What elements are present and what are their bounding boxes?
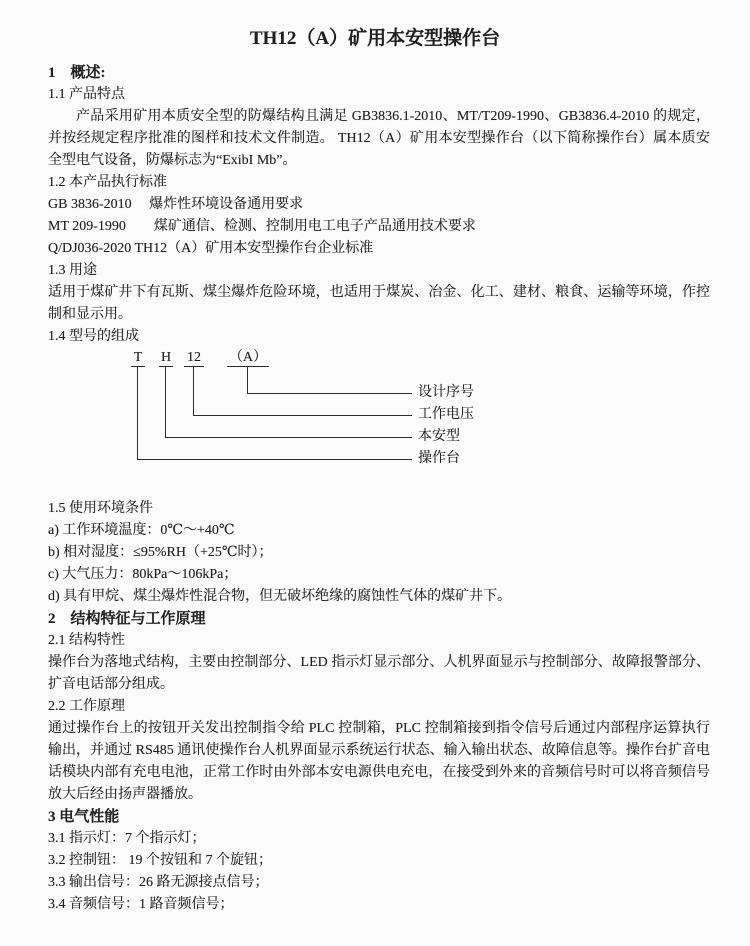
electrical-item-controls: 3.2 控制钮： 19 个按钮和 7 个旋钮； [48, 850, 710, 872]
paragraph-structure: 操作台为落地式结构，主要由控制部分、LED 指示灯显示部分、人机界面显示与控制部… [48, 652, 710, 696]
model-connector-vline-t [137, 366, 138, 459]
model-part-t-label: T [131, 350, 145, 367]
model-label-design-serial: 设计序号 [418, 385, 474, 401]
model-connector-vline-12 [193, 366, 194, 415]
electrical-item-indicators: 3.1 指示灯：7 个指示灯； [48, 828, 710, 850]
document-page: TH12（A）矿用本安型操作台 1 概述: 1.1 产品特点 产品采用矿用本质安… [0, 0, 750, 946]
section-1-heading: 1 概述: [48, 62, 710, 84]
env-item-atmosphere: d) 具有甲烷、煤尘爆炸性混合物，但无破坏绝缘的腐蚀性气体的煤矿井下。 [48, 586, 710, 608]
electrical-item-audio: 3.4 音频信号：1 路音频信号； [48, 894, 710, 916]
model-connector-hline-voltage [193, 415, 412, 416]
model-label-working-voltage: 工作电压 [418, 407, 474, 423]
section-3-heading: 3 电气性能 [48, 806, 710, 828]
model-composition-diagram: T H 12 （A） 设计序号 工作电压 本安型 操作台 [48, 348, 710, 460]
standard-item-gb3836: GB 3836-2010 爆炸性环境设备通用要求 [48, 194, 710, 216]
page-title: TH12（A）矿用本安型操作台 [0, 0, 750, 52]
env-item-pressure: c) 大气压力：80kPa～106kPa； [48, 564, 710, 586]
model-connector-hline-console [137, 459, 412, 460]
section-2-heading: 2 结构特征与工作原理 [48, 608, 710, 630]
heading-1-4-model-composition: 1.4 型号的组成 [48, 326, 710, 348]
model-part-h-label: H [159, 350, 173, 367]
paragraph-product-features: 产品采用矿用本质安全型的防爆结构且满足 GB3836.1-2010、MT/T20… [48, 106, 710, 172]
model-part-12-label: 12 [184, 350, 204, 367]
standard-item-mt209: MT 209-1990 煤矿通信、检测、控制用电工电子产品通用技术要求 [48, 216, 710, 238]
model-connector-hline-intrinsic [165, 437, 412, 438]
env-item-temperature: a) 工作环境温度：0℃～+40℃ [48, 520, 710, 542]
electrical-item-outputs: 3.3 输出信号：26 路无源接点信号； [48, 872, 710, 894]
paragraph-principle: 通过操作台上的按钮开关发出控制指令给 PLC 控制箱，PLC 控制箱接到指令信号… [48, 718, 710, 806]
document-body: 1 概述: 1.1 产品特点 产品采用矿用本质安全型的防爆结构且满足 GB383… [0, 62, 750, 916]
model-label-intrinsic-safe: 本安型 [418, 429, 460, 445]
heading-1-3-usage: 1.3 用途 [48, 260, 710, 282]
model-part-a-label: （A） [227, 350, 269, 367]
heading-1-1-product-features: 1.1 产品特点 [48, 84, 710, 106]
model-connector-hline-design [247, 393, 412, 394]
env-item-humidity: b) 相对湿度：≤95%RH（+25℃时）； [48, 542, 710, 564]
standard-item-qdj036: Q/DJ036-2020 TH12（A）矿用本安型操作台企业标准 [48, 238, 710, 260]
heading-2-2-principle: 2.2 工作原理 [48, 696, 710, 718]
heading-1-5-environment: 1.5 使用环境条件 [48, 498, 710, 520]
heading-2-1-structure: 2.1 结构特性 [48, 630, 710, 652]
model-label-console: 操作台 [418, 451, 460, 467]
heading-1-2-standards: 1.2 本产品执行标准 [48, 172, 710, 194]
model-connector-vline-a [247, 366, 248, 393]
model-connector-vline-h [165, 366, 166, 437]
paragraph-usage: 适用于煤矿井下有瓦斯、煤尘爆炸危险环境，也适用于煤炭、冶金、化工、建材、粮食、运… [48, 282, 710, 326]
